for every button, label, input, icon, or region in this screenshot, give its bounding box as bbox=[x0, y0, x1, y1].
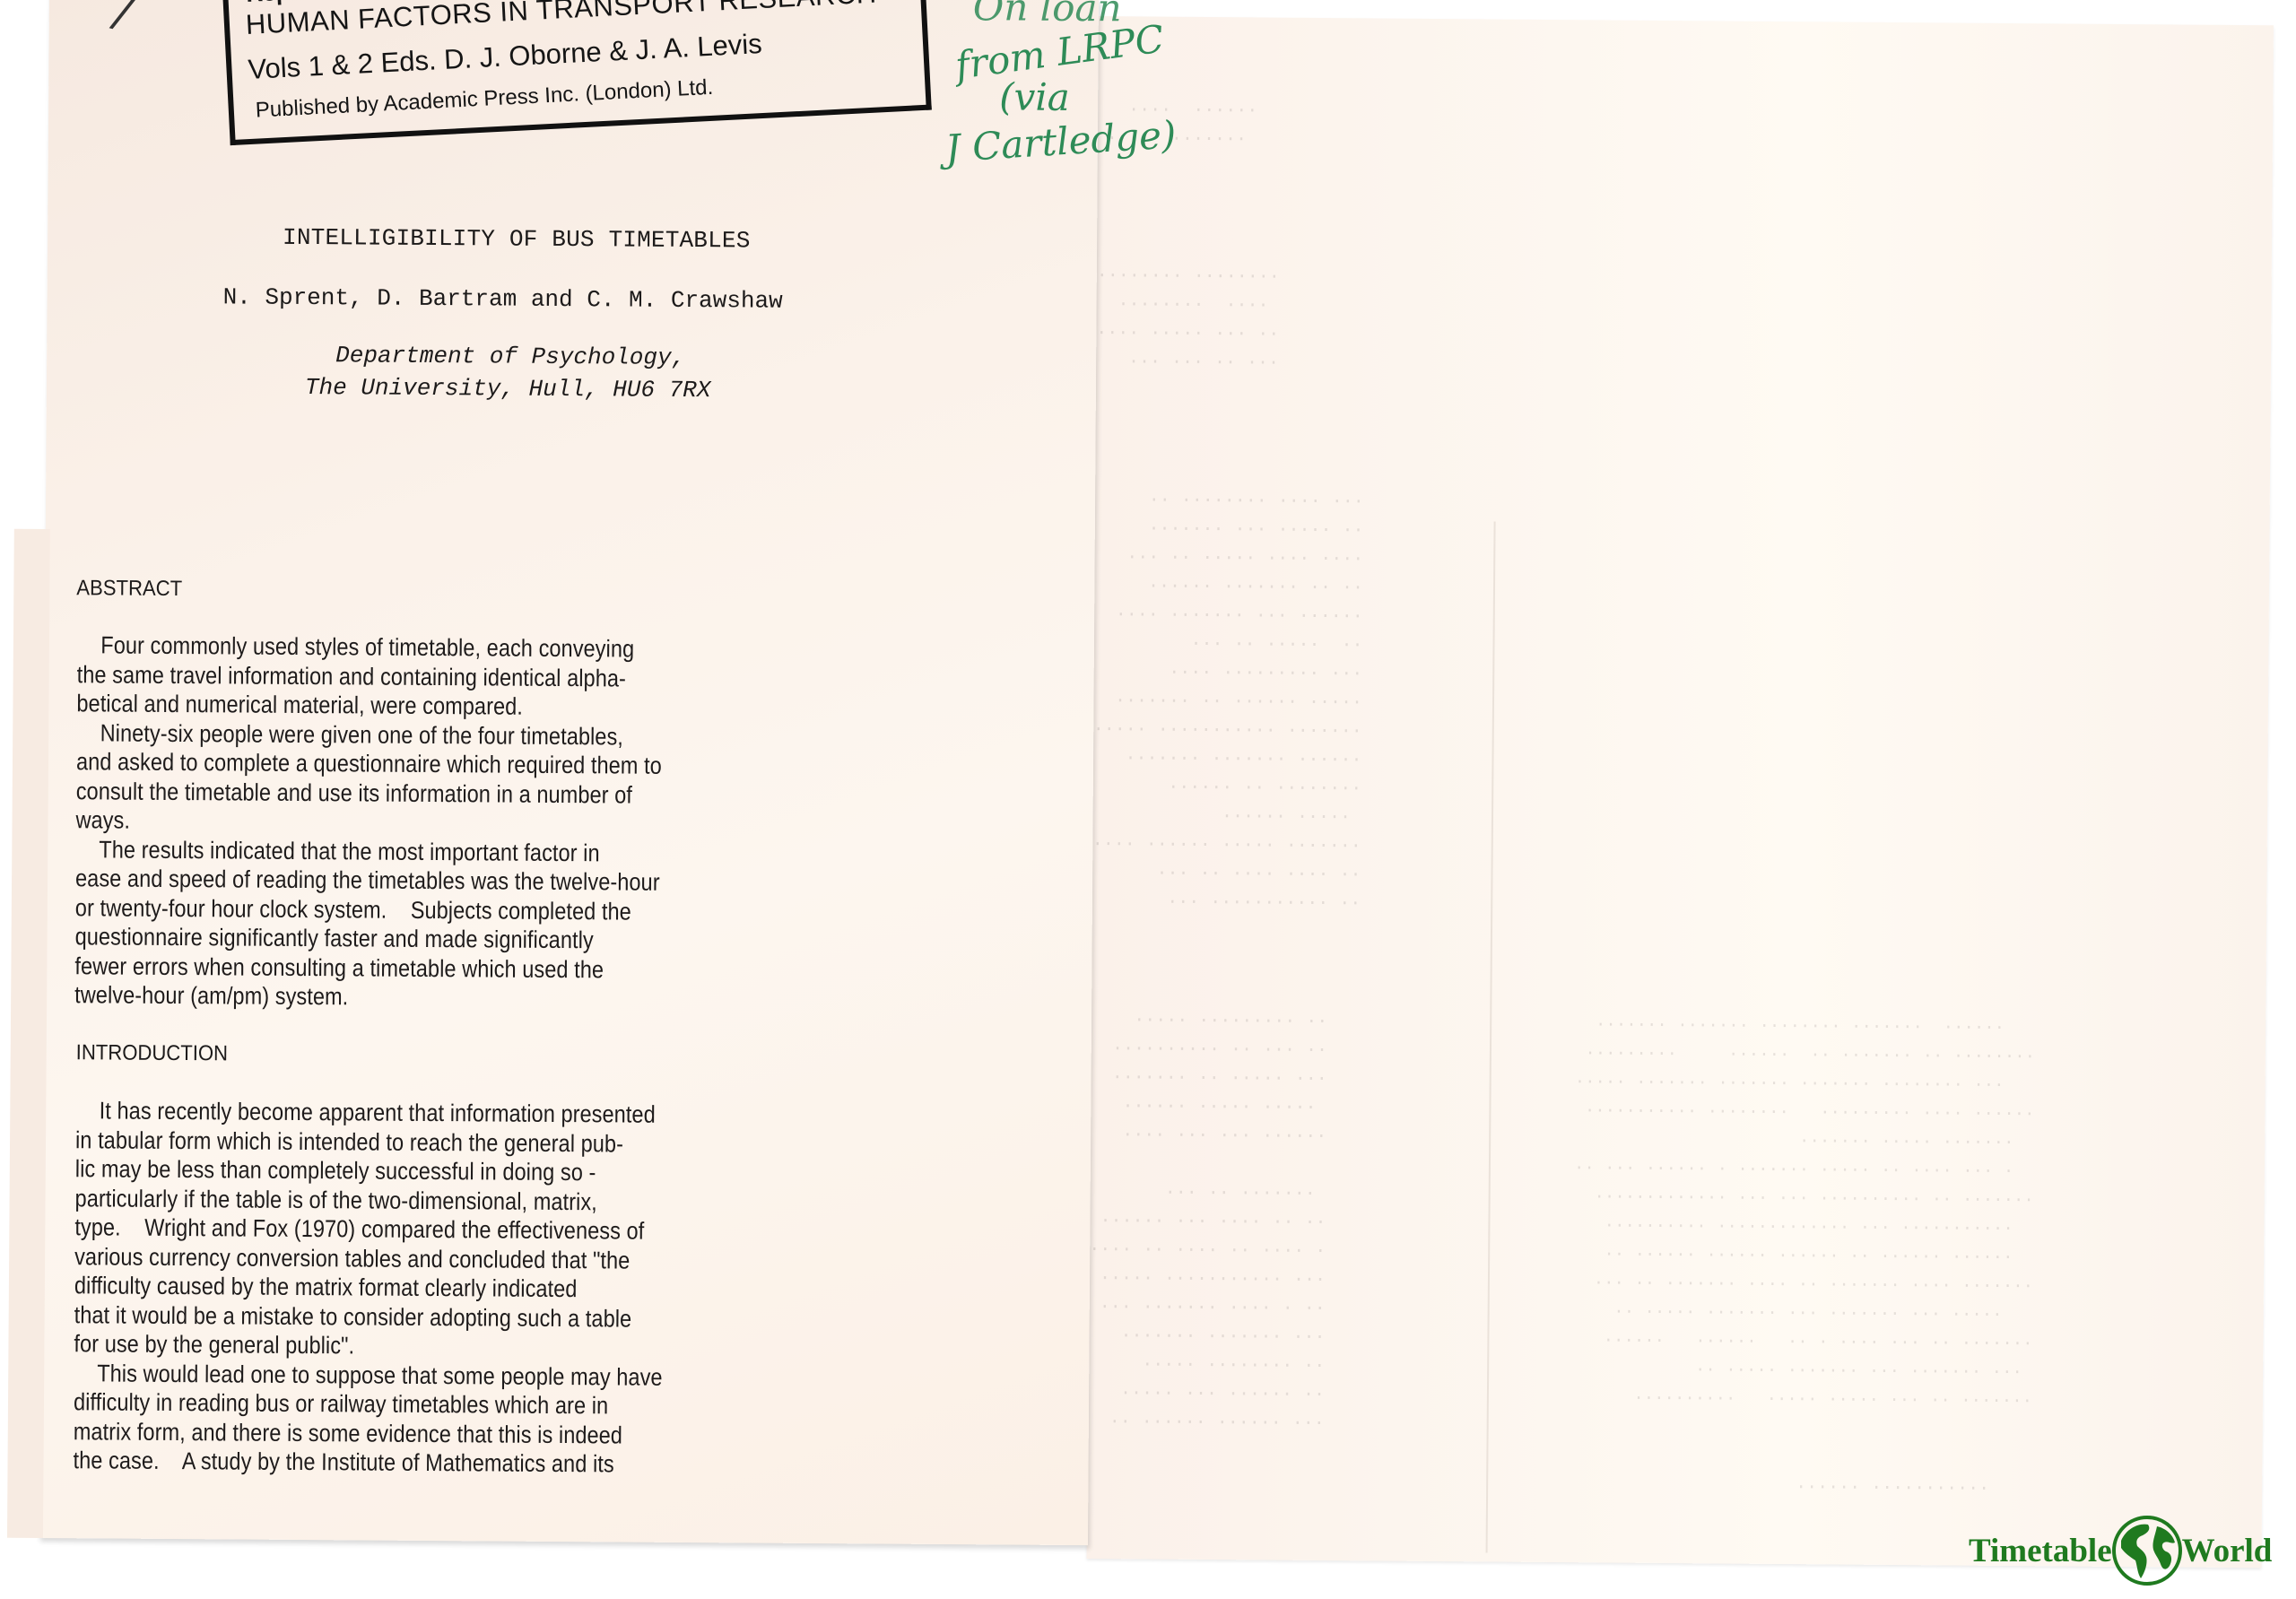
show-through-text: ........... ...... bbox=[1796, 1470, 1989, 1500]
timetable-world-logo: Timetable World bbox=[1969, 1514, 2272, 1587]
show-through-text: ...... ....... ........ ....... ....... … bbox=[1572, 1006, 2036, 1412]
page-fold bbox=[1486, 521, 1496, 1552]
paper-authors: N. Sprent, D. Bartram and C. M. Crawshaw bbox=[223, 283, 783, 314]
logo-text-left: Timetable bbox=[1969, 1532, 2112, 1570]
logo-text-right: World bbox=[2182, 1532, 2273, 1570]
abstract-heading: ABSTRACT bbox=[76, 576, 182, 602]
show-through-text: .. ......... ..... .. ... .. .......... … bbox=[1088, 1003, 1328, 1435]
back-page: ...... .... ....... .... ........ ......… bbox=[1086, 16, 2273, 1568]
show-through-text: ... .... ........ .. .. ..... ... ......… bbox=[1091, 482, 1364, 915]
front-page: 7 Reprinted from HUMAN FACTORS IN TRANSP… bbox=[39, 0, 1099, 1545]
paper-content: INTELLIGIBILITY OF BUS TIMETABLES N. Spr… bbox=[39, 0, 1099, 1545]
affiliation-department: Department of Psychology, bbox=[335, 342, 685, 371]
introduction-body: It has recently become apparent that inf… bbox=[73, 1096, 887, 1481]
globe-icon bbox=[2110, 1514, 2184, 1587]
introduction-heading: INTRODUCTION bbox=[76, 1040, 228, 1066]
show-through-text: ........ ........ .... ........ .. ... .… bbox=[1096, 258, 1280, 375]
affiliation-address: The University, Hull, HU6 7RX bbox=[305, 374, 711, 404]
paper-title: INTELLIGIBILITY OF BUS TIMETABLES bbox=[283, 224, 751, 255]
abstract-body: Four commonly used styles of timetable, … bbox=[74, 630, 889, 1015]
